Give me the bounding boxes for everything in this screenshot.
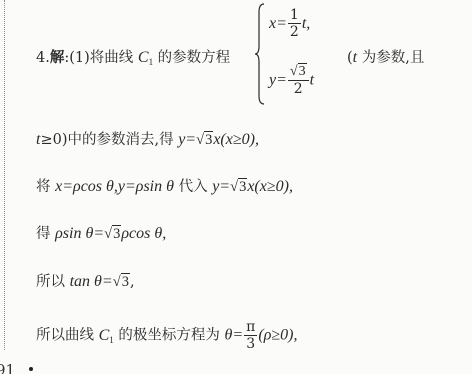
- solution-line-4: 所以 tan θ=√3,: [36, 272, 135, 292]
- solution-label: 解: [50, 49, 65, 66]
- equation-x: x=12t,: [269, 8, 310, 39]
- equation-y: y=√32t: [269, 64, 314, 96]
- margin-dotted-line: [4, 0, 5, 350]
- solution-line-2: 将 x=ρcos θ,y=ρsin θ 代入 y=√3x(x≥0),: [36, 177, 293, 197]
- left-brace-icon: [255, 2, 265, 106]
- solution-line-5: 所以曲线 C1 的极坐标方程为 θ=π3(ρ≥0),: [36, 320, 297, 351]
- problem-header: 4.解:(1)将曲线 C1 的参数方程: [36, 48, 230, 72]
- parametric-system: x=12t, y=√32t: [255, 2, 335, 110]
- problem-number: 4.: [36, 50, 50, 66]
- part-label: (1): [69, 50, 90, 66]
- curve-name: C1: [138, 49, 153, 66]
- page-number: 91: [0, 361, 15, 374]
- bullet-dot: [29, 367, 33, 371]
- solution-line-3: 得 ρsin θ=√3ρcos θ,: [36, 224, 166, 244]
- parameter-note: (t 为参数,且: [347, 48, 424, 68]
- solution-line-1: t≥0)中的参数消去,得 y=√3x(x≥0),: [36, 130, 259, 150]
